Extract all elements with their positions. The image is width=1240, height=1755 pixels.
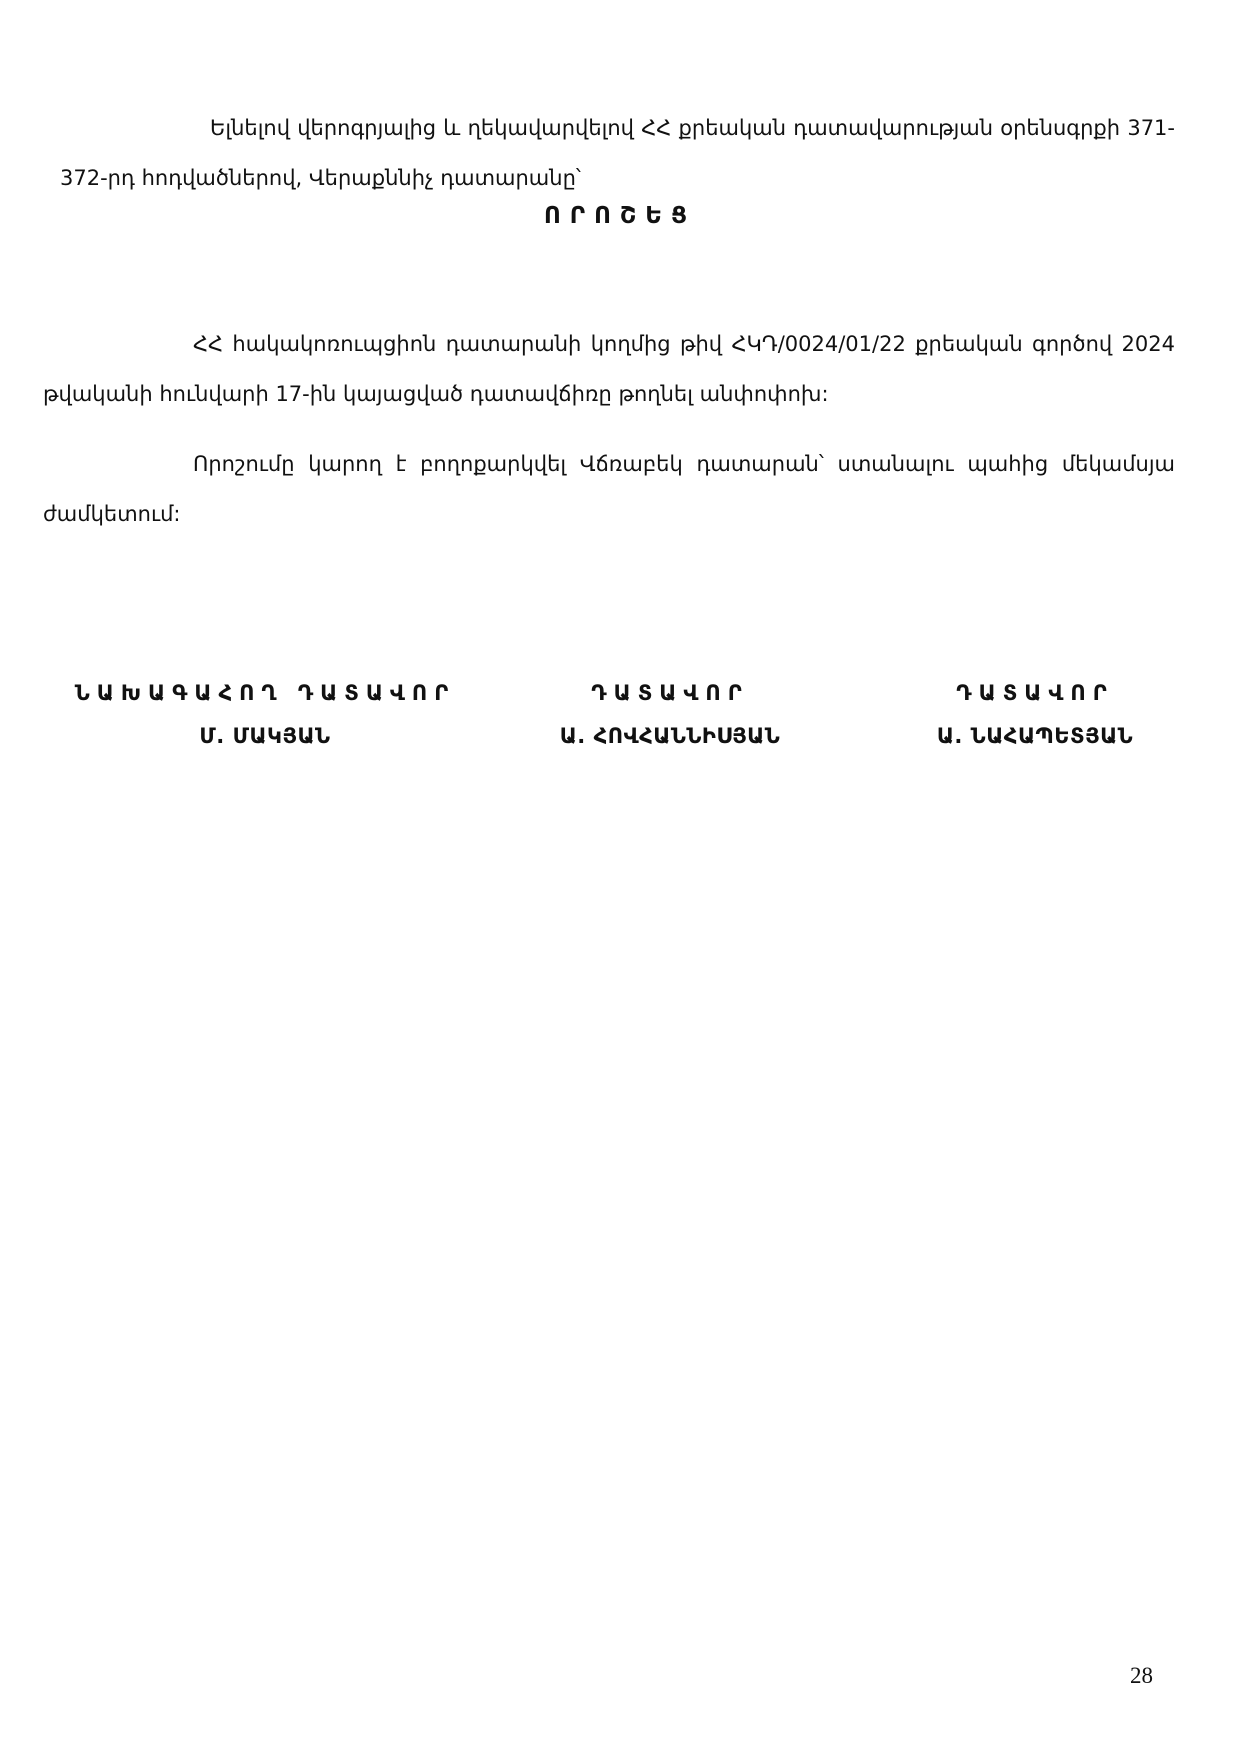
signature-role: ԴԱՏԱՎՈՐ: [910, 678, 1160, 708]
signature-judge-2: ԴԱՏԱՎՈՐ Ա. ՆԱՀԱՊԵՏՅԱՆ: [910, 678, 1160, 750]
document-page: Ելնելով վերոգրյալից և ղեկավարվելով ՀՀ քր…: [0, 0, 1240, 1755]
signature-role: ՆԱԽԱԳԱՀՈՂ ԴԱՏԱՎՈՐ: [65, 678, 465, 708]
preamble-text: Ելնելով վերոգրյալից և ղեկավարվելով ՀՀ քր…: [60, 116, 1175, 190]
signature-judge-1: ԴԱՏԱՎՈՐ Ա. ՀՈՎՀԱՆՆԻՍՅԱՆ: [540, 678, 800, 750]
signature-role: ԴԱՏԱՎՈՐ: [540, 678, 800, 708]
preamble-paragraph: Ելնելով վերոգրյալից և ղեկավարվելով ՀՀ քր…: [60, 103, 1175, 203]
signature-name: Ա. ՆԱՀԱՊԵՏՅԱՆ: [910, 722, 1160, 750]
decision-body-text: ՀՀ հակակոռուպցիոն դատարանի կողմից թիվ ՀԿ…: [43, 332, 1175, 406]
page-number: 28: [1130, 1663, 1153, 1689]
appeal-notice-text: Որոշումը կարող է բողոքարկվել Վճռաբեկ դատ…: [43, 452, 1175, 526]
signature-presiding-judge: ՆԱԽԱԳԱՀՈՂ ԴԱՏԱՎՈՐ Մ. ՄԱԿՅԱՆ: [65, 678, 465, 750]
appeal-notice-paragraph: Որոշումը կարող է բողոքարկվել Վճռաբեկ դատ…: [43, 439, 1175, 539]
signature-name: Ա. ՀՈՎՀԱՆՆԻՍՅԱՆ: [540, 722, 800, 750]
decision-title: ՈՐՈՇԵՑ: [0, 203, 1240, 229]
signature-name: Մ. ՄԱԿՅԱՆ: [65, 722, 465, 750]
decision-body-paragraph: ՀՀ հակակոռուպցիոն դատարանի կողմից թիվ ՀԿ…: [43, 319, 1175, 419]
